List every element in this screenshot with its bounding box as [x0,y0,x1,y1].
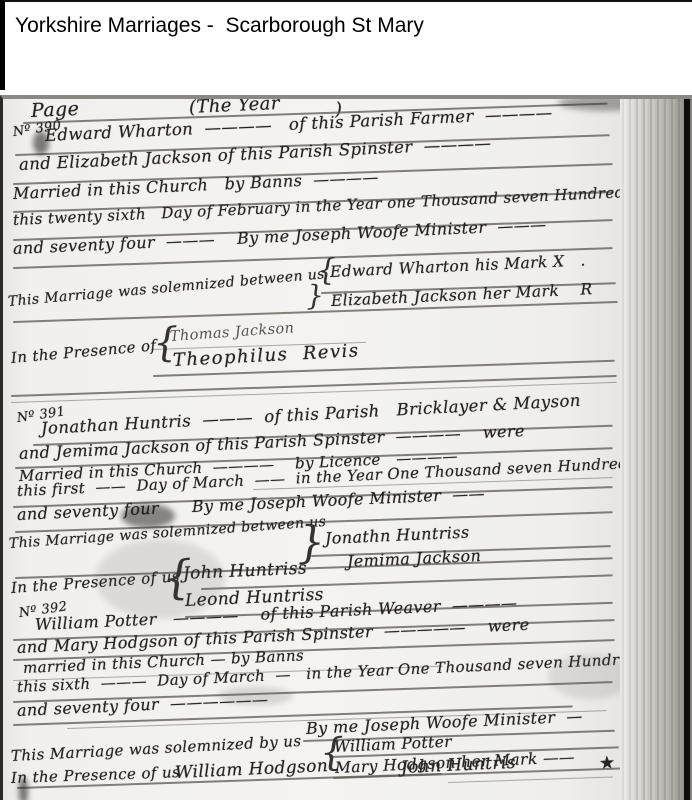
ink-smudge [218,687,293,705]
witness-name: John Huntris [401,755,517,777]
document-viewer: Yorkshire Marriages - Scarborough St Mar… [0,0,692,800]
register-scan: Page (The Year ) [0,95,692,800]
book-page-edges-shade [620,99,692,800]
presence-label: In the Presence of [10,338,157,366]
brace-icon: } [296,523,325,564]
page-label: Page [31,100,80,121]
ink-smudge [121,504,175,528]
groom-signature: Edward Wharton his Mark X . [330,253,586,280]
page-title: Yorkshire Marriages - Scarborough St Mar… [15,14,424,38]
brace-icon: } [306,283,325,309]
ink-smudge [33,131,49,155]
star-mark-icon: ★ [599,754,616,773]
ink-smudge [95,539,225,619]
book-spine-line [684,99,690,800]
witness-name: Thomas Jackson [169,321,294,344]
caption-bar: Yorkshire Marriages - Scarborough St Mar… [0,0,692,90]
solemnized-label: This Marriage was solemnized between us [7,267,325,309]
book-page-edges [620,99,692,800]
ruled-line [448,777,613,783]
bride-signature: Jemima Jackson [347,548,482,570]
ink-smudge [19,777,28,800]
groom-signature: Jonathn Huntriss [325,524,470,547]
